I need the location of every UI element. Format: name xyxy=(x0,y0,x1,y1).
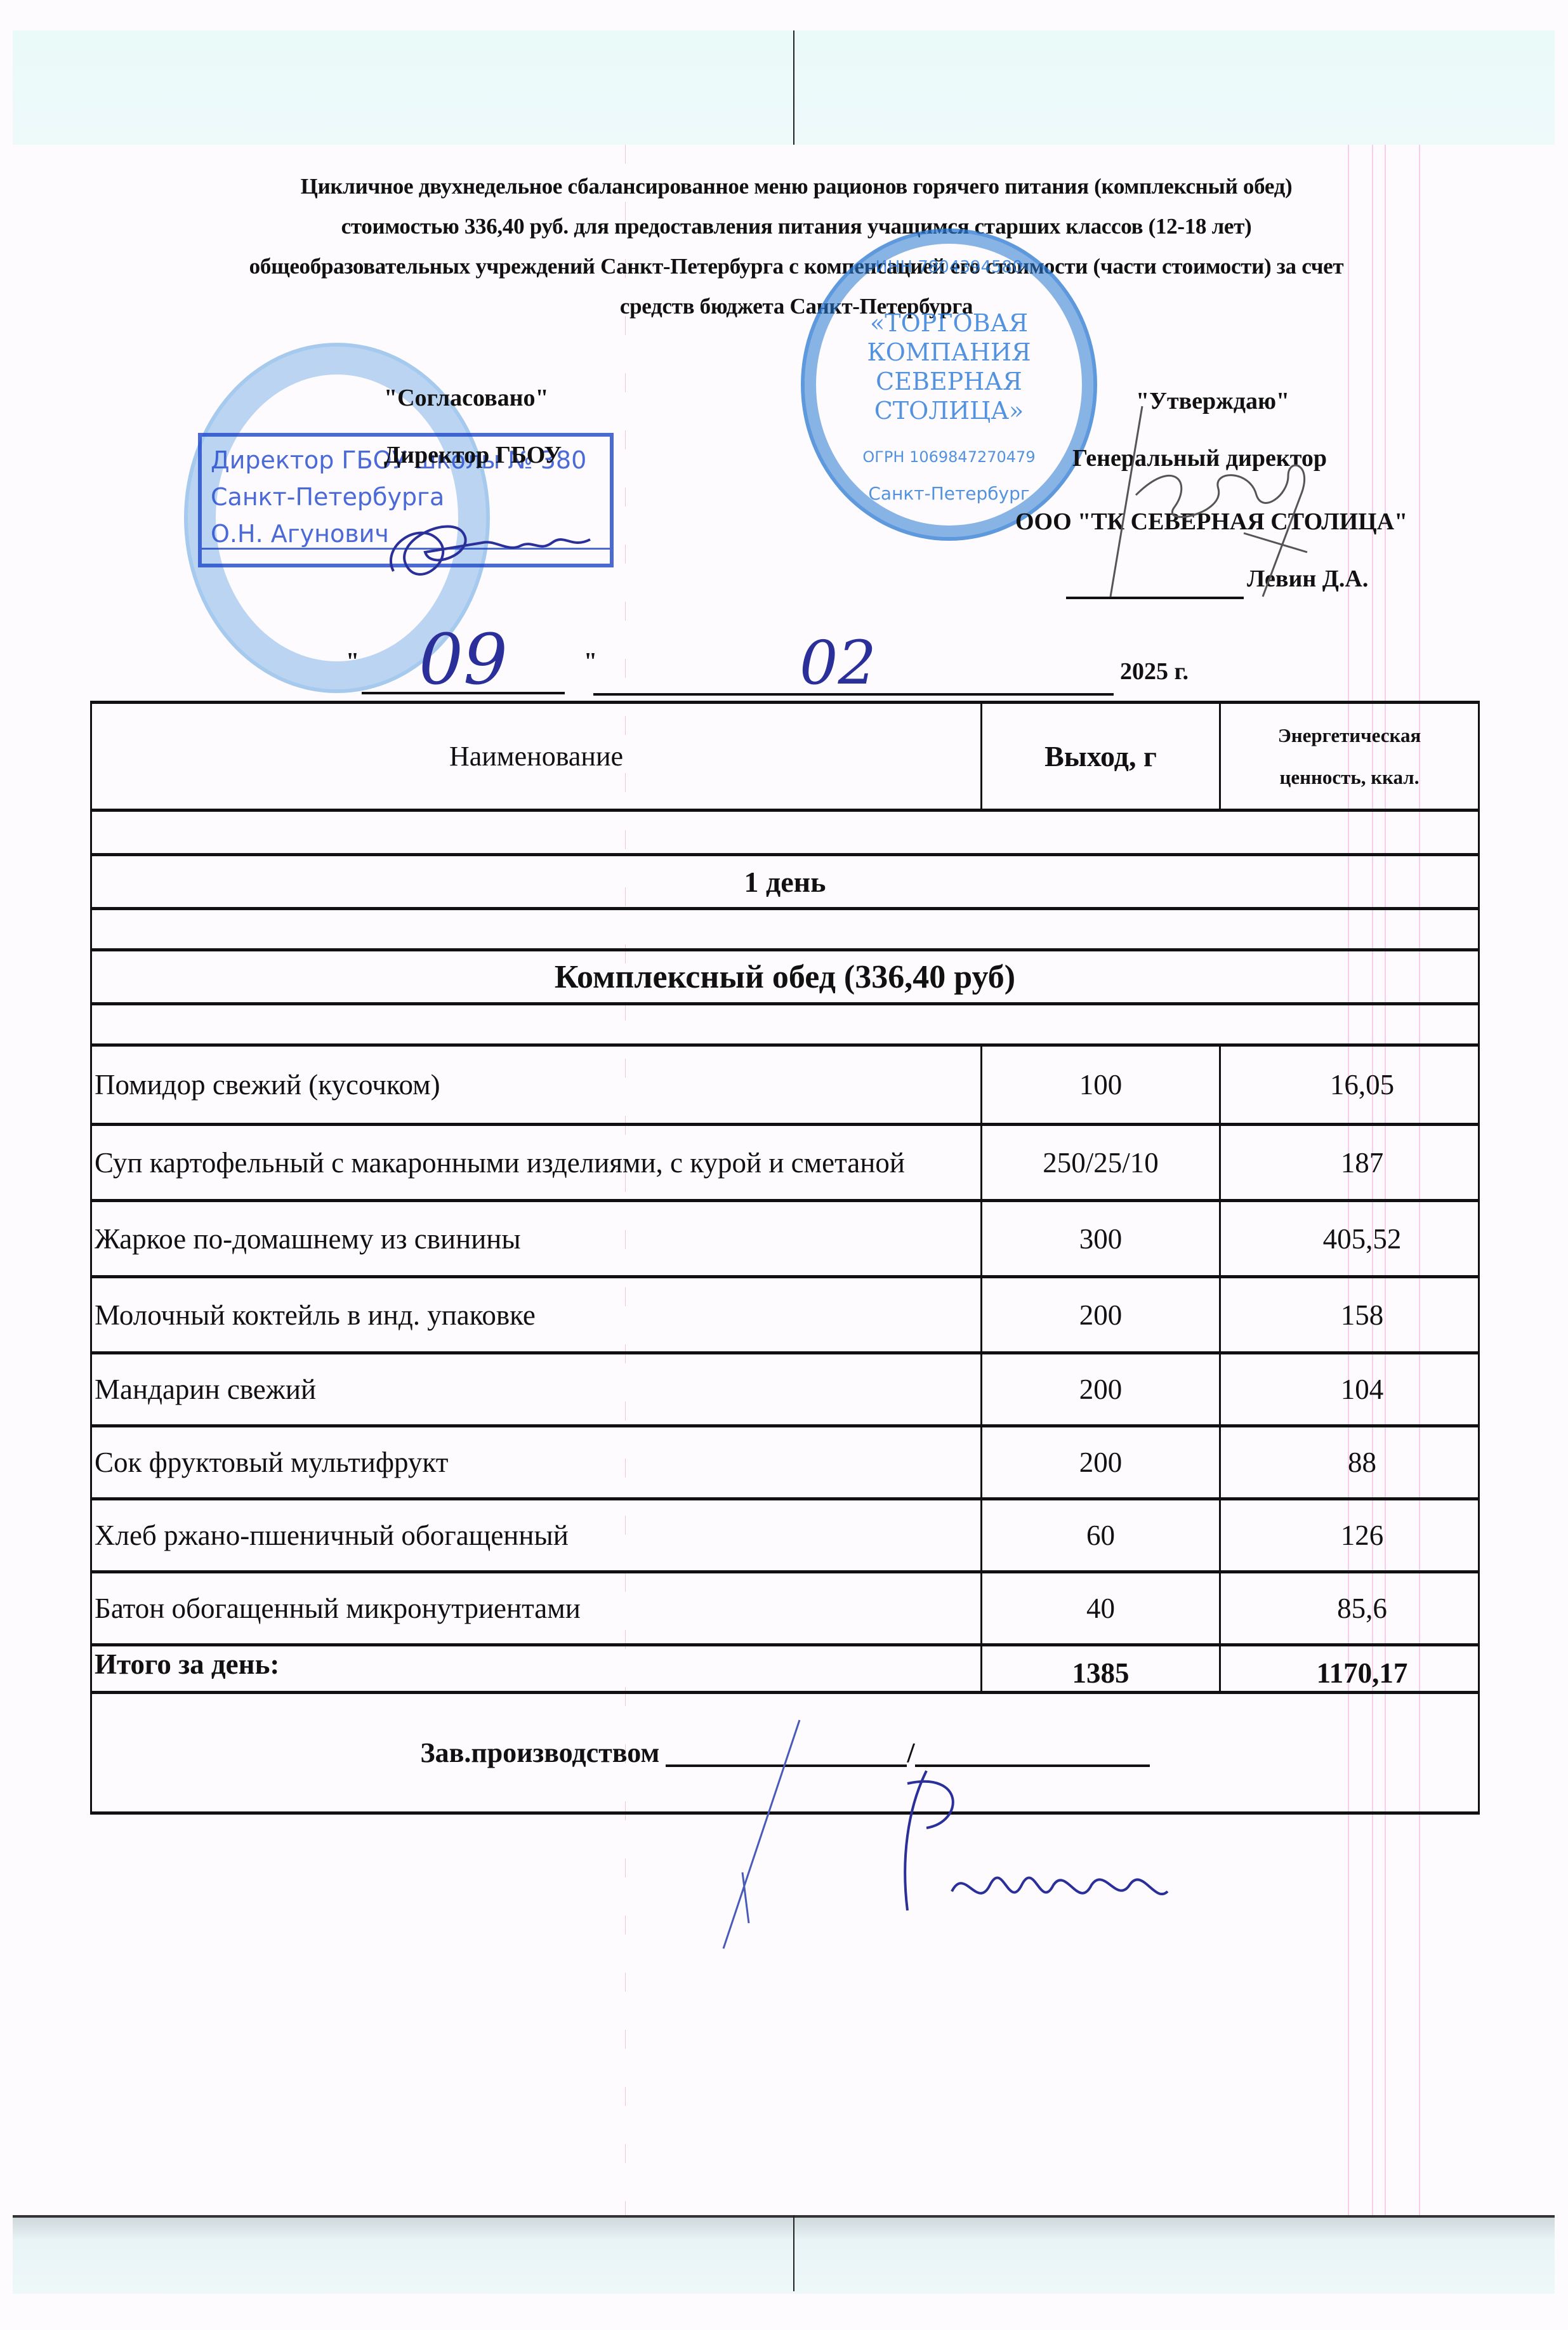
total-energy: 1170,17 xyxy=(1219,1646,1478,1691)
date-day-handwritten: 09 xyxy=(419,619,508,700)
table-row: Суп картофельный с макаронными изделиями… xyxy=(90,1126,1480,1202)
header-energy-line: Энергетическая xyxy=(1278,715,1421,757)
meal-label: Комплексный обед (336,40 руб) xyxy=(92,951,1478,1002)
agreed-position: Директор ГБОУ xyxy=(384,441,562,469)
total-yield: 1385 xyxy=(980,1646,1219,1691)
stamp-inn: ИНН 7804394580 xyxy=(805,258,1093,277)
table-header-row: Наименование Выход, г Энергетическая цен… xyxy=(90,701,1480,812)
stamp-name-line: СЕВЕРНАЯ xyxy=(805,367,1093,396)
item-name: Батон обогащенный микронутриентами xyxy=(92,1573,980,1643)
date-month-handwritten: 02 xyxy=(800,628,876,698)
table-row: Батон обогащенный микронутриентами4085,6 xyxy=(90,1573,1480,1646)
scan-divider-line xyxy=(793,2215,794,2291)
agreed-label: "Согласовано" xyxy=(384,384,549,412)
item-name: Жаркое по-домашнему из свинины xyxy=(92,1202,980,1275)
table-row: Хлеб ржано-пшеничный обогащенный60126 xyxy=(90,1500,1480,1573)
table-spacer-row xyxy=(90,1005,1480,1047)
item-yield: 40 xyxy=(980,1573,1219,1643)
stamp-city: Санкт-Петербург xyxy=(805,483,1093,504)
total-label: Итого за день: xyxy=(92,1646,980,1691)
item-energy: 88 xyxy=(1219,1427,1478,1497)
table-row: Помидор свежий (кусочком)10016,05 xyxy=(90,1047,1480,1126)
stamp-ogrn: ОГРН 1069847270479 xyxy=(805,448,1093,466)
header-name: Наименование xyxy=(92,704,980,809)
document-title: Цикличное двухнедельное сбалансированное… xyxy=(114,166,1479,326)
menu-table: Наименование Выход, г Энергетическая цен… xyxy=(90,701,1480,1815)
stamp-company-name: «ТОРГОВАЯ КОМПАНИЯ СЕВЕРНАЯ СТОЛИЦА» xyxy=(805,308,1093,425)
scanner-lid-strip-top xyxy=(13,30,1555,145)
header-energy: Энергетическая ценность, ккал. xyxy=(1219,704,1478,809)
date-year: 2025 г. xyxy=(1120,658,1189,685)
stamp-name-line: «ТОРГОВАЯ xyxy=(805,308,1093,338)
stamp-name-line: КОМПАНИЯ xyxy=(805,338,1093,367)
table-spacer-row xyxy=(90,910,1480,951)
item-name: Молочный коктейль в инд. упаковке xyxy=(92,1278,980,1351)
item-yield: 200 xyxy=(980,1278,1219,1351)
item-energy: 85,6 xyxy=(1219,1573,1478,1643)
table-spacer-row xyxy=(90,812,1480,856)
date-quote-open: " xyxy=(346,647,359,675)
item-name: Мандарин свежий xyxy=(92,1354,980,1424)
table-row: Молочный коктейль в инд. упаковке200158 xyxy=(90,1278,1480,1354)
table-row: Сок фруктовый мультифрукт20088 xyxy=(90,1427,1480,1500)
production-manager-signature xyxy=(698,1720,1269,1964)
food-rows: Помидор свежий (кусочком)10016,05Суп кар… xyxy=(90,1047,1480,1646)
item-name: Хлеб ржано-пшеничный обогащенный xyxy=(92,1500,980,1570)
table-day-row: 1 день xyxy=(90,856,1480,910)
scan-divider-line xyxy=(793,30,794,145)
item-yield: 250/25/10 xyxy=(980,1126,1219,1199)
item-yield: 300 xyxy=(980,1202,1219,1275)
title-line: Цикличное двухнедельное сбалансированное… xyxy=(114,166,1479,206)
item-name: Помидор свежий (кусочком) xyxy=(92,1047,980,1123)
general-director-signature xyxy=(1098,406,1352,612)
table-row: Жаркое по-домашнему из свинины300405,52 xyxy=(90,1202,1480,1278)
item-name: Суп картофельный с макаронными изделиями… xyxy=(92,1126,980,1199)
item-energy: 104 xyxy=(1219,1354,1478,1424)
scanner-lid-strip-bottom xyxy=(13,2215,1555,2294)
production-manager-label: Зав.производством xyxy=(420,1737,659,1769)
item-energy: 158 xyxy=(1219,1278,1478,1351)
day-label: 1 день xyxy=(92,856,1478,907)
title-line: общеобразовательных учреждений Санкт-Пет… xyxy=(114,246,1479,286)
item-yield: 200 xyxy=(980,1354,1219,1424)
title-line: стоимостью 336,40 руб. для предоставлени… xyxy=(114,206,1479,246)
date-quote-close: " xyxy=(584,647,597,675)
item-yield: 200 xyxy=(980,1427,1219,1497)
item-name: Сок фруктовый мультифрукт xyxy=(92,1427,980,1497)
item-yield: 60 xyxy=(980,1500,1219,1570)
title-line: средств бюджета Санкт-Петербурга xyxy=(114,286,1479,326)
item-yield: 100 xyxy=(980,1047,1219,1123)
table-row: Мандарин свежий200104 xyxy=(90,1354,1480,1427)
header-yield: Выход, г xyxy=(980,704,1219,809)
table-meal-row: Комплексный обед (336,40 руб) xyxy=(90,951,1480,1005)
stamp-name-line: СТОЛИЦА» xyxy=(805,396,1093,425)
company-round-stamp: ИНН 7804394580 «ТОРГОВАЯ КОМПАНИЯ СЕВЕРН… xyxy=(801,228,1097,541)
item-energy: 126 xyxy=(1219,1500,1478,1570)
director-signature xyxy=(381,495,609,593)
item-energy: 187 xyxy=(1219,1126,1478,1199)
header-energy-line: ценность, ккал. xyxy=(1280,757,1420,798)
item-energy: 16,05 xyxy=(1219,1047,1478,1123)
table-total-row: Итого за день: 1385 1170,17 xyxy=(90,1646,1480,1694)
item-energy: 405,52 xyxy=(1219,1202,1478,1275)
